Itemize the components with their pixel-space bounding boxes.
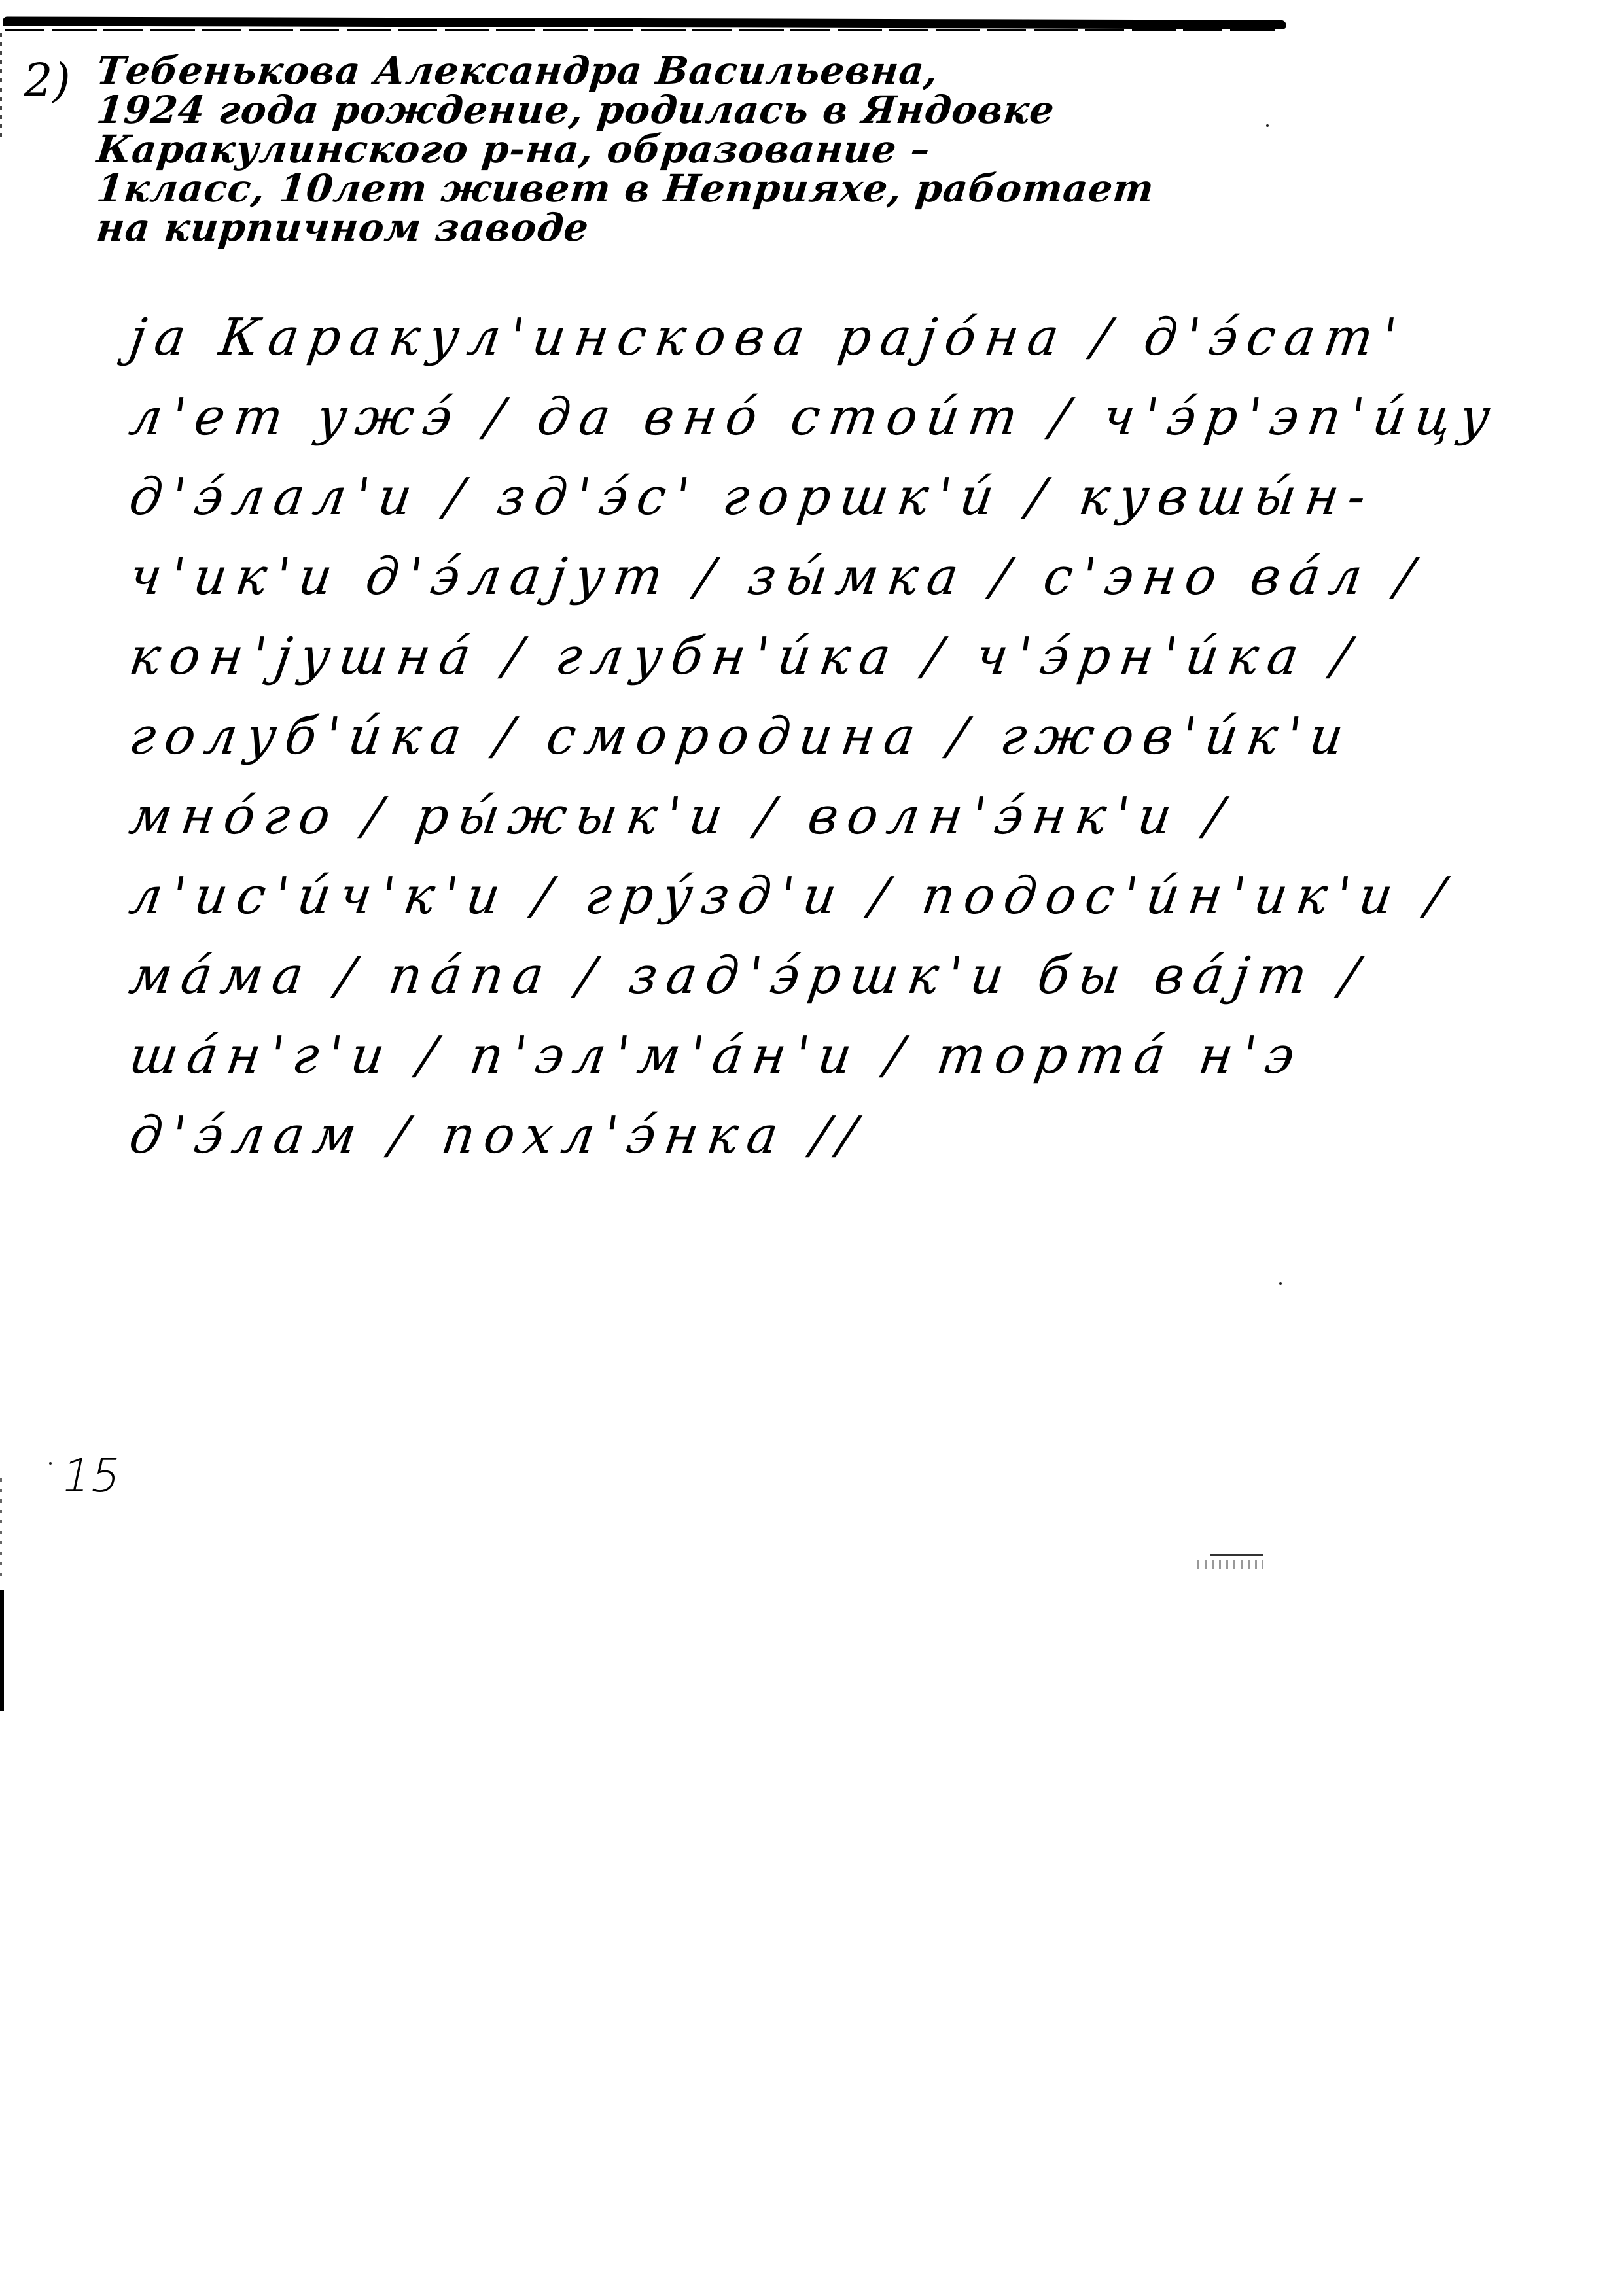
scan-speck [1260, 487, 1262, 490]
informant-work-line: на кирпичном заводе [95, 208, 1303, 247]
left-edge-scan-artifact [0, 33, 2, 137]
scan-artifact-specks [1197, 1560, 1263, 1569]
transcript-line: ч'ик'и д'э́лајут / зы́мка / с'эно ва́л / [124, 537, 1313, 617]
informant-residence-line: 1класс, 10лет живет в Неприяхе, работает [95, 169, 1303, 208]
transcript-line: д'э́лам / похл'э́нка // [124, 1096, 1313, 1175]
transcript-line: д'э́лал'и / зд'э́с' горшк'и́ / кувшы́н- [124, 457, 1313, 537]
informant-birth-line: 1924 года рождение, родилась в Яндовке [95, 90, 1303, 130]
transcript-line: л'ис'и́ч'к'и / гру́зд'и / подос'и́н'ик'и… [124, 856, 1313, 936]
transcript-line: ша́н'г'и / п'эл'м'а́н'и / тоpта́ н'э [124, 1016, 1313, 1096]
informant-region-line: Каракулинского р-на, образование – [95, 130, 1303, 169]
top-border-rule [3, 16, 1286, 29]
scan-artifact-bar [1210, 1554, 1263, 1556]
transcript-line: мно́го / ры́жык'и / волн'э́нк'и / [124, 776, 1313, 856]
item-number: 2) [24, 58, 71, 103]
scan-speck [1279, 1282, 1282, 1285]
transcript-line: кон'јушна́ / глубн'и́ка / ч'э́рн'и́ка / [124, 617, 1313, 697]
left-edge-scan-artifact-lower [0, 1478, 2, 1576]
page-number: 15 [56, 1449, 126, 1503]
document-page: 2) Тебенькова Александра Васильевна, 192… [0, 0, 1607, 2296]
top-border-rule-secondary [5, 29, 1281, 31]
left-edge-binding-bar [0, 1590, 4, 1711]
scan-speck [49, 1462, 52, 1465]
scan-speck [1266, 124, 1269, 127]
scan-artifact-mark [1197, 1554, 1269, 1573]
transcript-line: ја Каракул'инскова рајо́на / д'э́сат' [124, 298, 1313, 377]
dialect-transcript: ја Каракул'инскова рајо́на / д'э́сат' л'… [124, 298, 1302, 1175]
transcript-line: голуб'и́ка / смородина / гжов'и́к'и [124, 697, 1313, 776]
informant-info-block: Тебенькова Александра Васильевна, 1924 г… [95, 51, 1299, 247]
informant-name-line: Тебенькова Александра Васильевна, [95, 51, 1303, 90]
transcript-line: ма́ма / па́па / зад'э́ршк'и бы ва́јт / [124, 936, 1313, 1016]
transcript-line: л'ет ужэ́ / да вно́ стои́т / ч'э́р'эп'и́… [124, 377, 1313, 457]
